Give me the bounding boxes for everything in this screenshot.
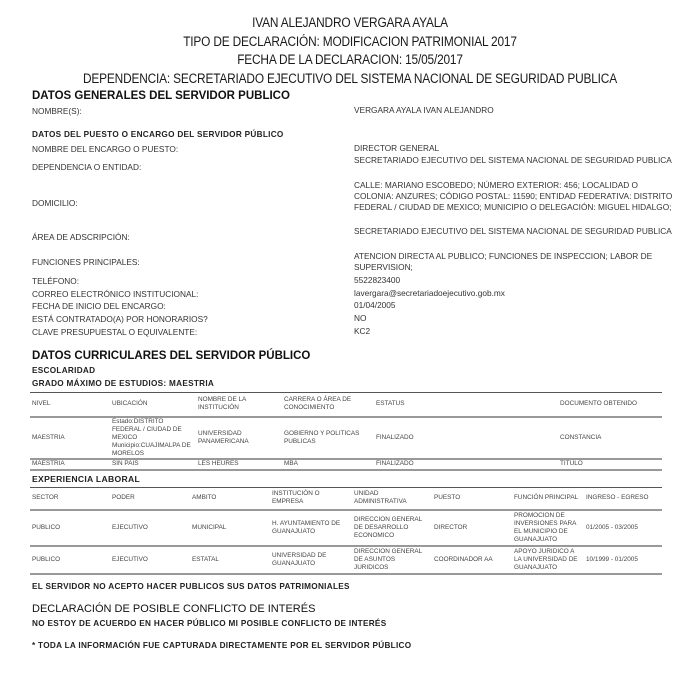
field-value: DIRECTOR GENERAL [354,143,674,154]
table-cell: ESTATAL [190,546,270,574]
escolaridad-title: ESCOLARIDAD [32,366,95,375]
table-cell: UNIVERSIDAD PANAMERICANA [196,417,282,459]
column-header: INGRESO - EGRESO [584,488,662,510]
table-cell: PROMOCION DE INVERSIONES PARA EL MUNICIP… [512,510,584,546]
section-title-experiencia: EXPERIENCIA LABORAL [32,474,140,484]
field-label: ÁREA DE ADSCRIPCIÓN: [32,232,130,242]
table-header-row: SECTOR PODER AMBITO INSTITUCIÓN O EMPRES… [30,488,662,510]
table-cell: Estado:DISTRITO FEDERAL / CIUDAD DE MEXI… [110,417,196,459]
declaration-header: IVAN ALEJANDRO VERGARA AYALA TIPO DE DEC… [0,14,700,88]
table-cell: MAESTRIA [30,417,110,459]
table-cell: 01/2005 - 03/2005 [584,510,662,546]
section-title-puesto: DATOS DEL PUESTO O ENCARGO DEL SERVIDOR … [32,130,284,139]
field-label: CLAVE PRESUPUESTAL O EQUIVALENTE: [32,327,197,337]
table-cell: 10/1999 - 01/2005 [584,546,662,574]
table-cell: APOYO JURIDICO A LA UNIVERSIDAD DE GUANA… [512,546,584,574]
declaration-dependency: DEPENDENCIA: SECRETARIADO EJECUTIVO DEL … [42,70,658,89]
field-value: CALLE: MARIANO ESCOBEDO; NÚMERO EXTERIOR… [354,180,674,213]
table-cell: GOBIERNO Y POLITICAS PUBLICAS [282,417,374,459]
table-cell: PUBLICO [30,510,110,546]
table-cell: UNIVERSIDAD DE GUANAJUATO [270,546,352,574]
table-cell: CONSTANCIA [558,417,662,459]
section-title-conflicto: DECLARACIÓN DE POSIBLE CONFLICTO DE INTE… [32,603,315,615]
column-header: SECTOR [30,488,110,510]
field-value: KC2 [354,326,674,337]
section-title-curriculares: DATOS CURRICULARES DEL SERVIDOR PÚBLICO [32,350,310,362]
table-cell: MAESTRIA [30,459,110,470]
field-label: CORREO ELECTRÓNICO INSTITUCIONAL: [32,289,198,299]
table-cell: FINALIZADO [374,459,558,470]
field-label: DEPENDENCIA O ENTIDAD: [32,162,141,172]
column-header: FUNCIÓN PRINCIPAL [512,488,584,510]
grado-maximo: GRADO MÁXIMO DE ESTUDIOS: MAESTRIA [32,379,214,388]
field-value: 01/04/2005 [354,300,674,311]
declaration-type: TIPO DE DECLARACIÓN: MODIFICACION PATRIM… [42,33,658,52]
table-row: MAESTRIA SIN PAIS LES HEURES MBA FINALIZ… [30,459,662,470]
field-value: ATENCION DIRECTA AL PUBLICO; FUNCIONES D… [354,251,674,273]
table-cell: FINALIZADO [374,417,558,459]
column-header: UNIDAD ADMINISTRATIVA [352,488,432,510]
table-row: PUBLICO EJECUTIVO ESTATAL UNIVERSIDAD DE… [30,546,662,574]
field-value: 5522823400 [354,275,674,286]
field-label: NOMBRE DEL ENCARGO O PUESTO: [32,144,178,154]
table-cell: LES HEURES [196,459,282,470]
table-row: MAESTRIA Estado:DISTRITO FEDERAL / CIUDA… [30,417,662,459]
table-cell: DIRECCION GENERAL DE DESARROLLO ECONOMIC… [352,510,432,546]
footer-note: * TODA LA INFORMACIÓN FUE CAPTURADA DIRE… [32,641,411,650]
table-cell: EJECUTIVO [110,510,190,546]
column-header: CARRERA O ÁREA DE CONOCIMIENTO [282,393,374,417]
escolaridad-table: NIVEL UBICACIÓN NOMBRE DE LA INSTITUCIÓN… [30,392,662,471]
field-label: ESTÁ CONTRATADO(A) POR HONORARIOS? [32,314,208,324]
table-cell: TITULO [558,459,662,470]
column-header: AMBITO [190,488,270,510]
table-cell: DIRECCION GENERAL DE ASUNTOS JURIDICOS [352,546,432,574]
column-header: NIVEL [30,393,110,417]
table-cell: H. AYUNTAMIENTO DE GUANAJUATO [270,510,352,546]
section-title-datos-generales: DATOS GENERALES DEL SERVIDOR PUBLICO [32,90,290,102]
patrimoniales-note: EL SERVIDOR NO ACEPTO HACER PUBLICOS SUS… [32,582,350,591]
field-label: TELÉFONO: [32,276,79,286]
field-value[interactable]: lavergara@secretariadoejecutivo.gob.mx [354,288,674,299]
table-cell: PUBLICO [30,546,110,574]
column-header: PODER [110,488,190,510]
conflicto-text: NO ESTOY DE ACUERDO EN HACER PÚBLICO MI … [32,619,386,628]
field-label: FECHA DE INICIO DEL ENCARGO: [32,301,166,311]
table-cell: COORDINADOR AA [432,546,512,574]
column-header: ESTATUS [374,393,558,417]
nombre-value: VERGARA AYALA IVAN ALEJANDRO [354,105,674,116]
column-header: NOMBRE DE LA INSTITUCIÓN [196,393,282,417]
table-cell: MBA [282,459,374,470]
table-cell: MUNICIPAL [190,510,270,546]
table-cell: SIN PAIS [110,459,196,470]
experiencia-table: SECTOR PODER AMBITO INSTITUCIÓN O EMPRES… [30,487,662,575]
column-header: PUESTO [432,488,512,510]
column-header: UBICACIÓN [110,393,196,417]
nombre-label: NOMBRE(S): [32,106,82,116]
table-cell: DIRECTOR [432,510,512,546]
table-header-row: NIVEL UBICACIÓN NOMBRE DE LA INSTITUCIÓN… [30,393,662,417]
declarant-name: IVAN ALEJANDRO VERGARA AYALA [42,14,658,33]
field-value: SECRETARIADO EJECUTIVO DEL SISTEMA NACIO… [354,155,674,166]
column-header: DOCUMENTO OBTENIDO [558,393,662,417]
field-label: DOMICILIO: [32,198,78,208]
column-header: INSTITUCIÓN O EMPRESA [270,488,352,510]
field-value: NO [354,313,674,324]
table-cell: EJECUTIVO [110,546,190,574]
declaration-date: FECHA DE LA DECLARACION: 15/05/2017 [42,51,658,70]
table-row: PUBLICO EJECUTIVO MUNICIPAL H. AYUNTAMIE… [30,510,662,546]
field-value: SECRETARIADO EJECUTIVO DEL SISTEMA NACIO… [354,226,674,237]
field-label: FUNCIONES PRINCIPALES: [32,257,140,267]
